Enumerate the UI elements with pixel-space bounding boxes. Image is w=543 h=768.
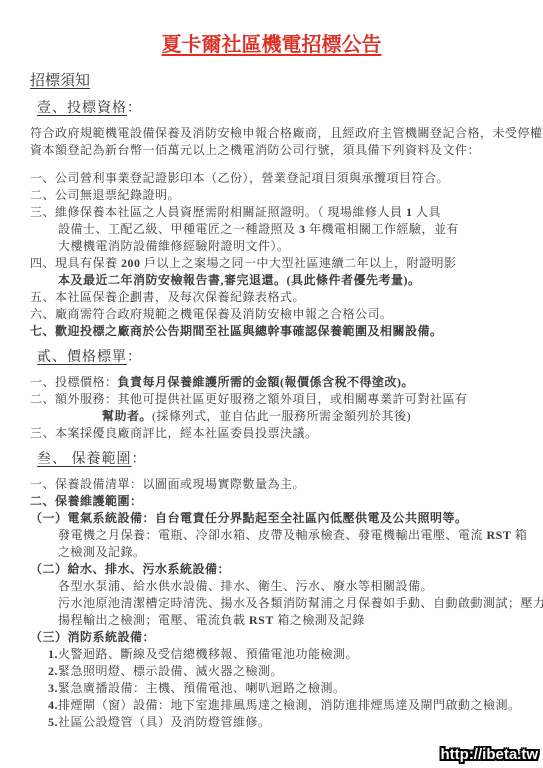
- section-heading-colon: ：: [132, 452, 147, 467]
- document-title-text: 夏卡爾社區機電招標公告: [162, 34, 382, 56]
- text-segment: 發電機之月保養：電瓶、冷卻水箱、皮帶及軸承檢查、發電機輸出電壓、電流: [58, 528, 487, 542]
- text-line: 發電機之月保養：電瓶、冷卻水箱、皮帶及軸承檢查、發電機輸出電壓、電流 RST 箱: [58, 527, 543, 544]
- document-subtitle: 招標須知: [30, 72, 543, 91]
- text-segment: 5.: [48, 715, 58, 729]
- text-segment: 200: [121, 256, 141, 270]
- text-line: 七、歡迎投標之廠商於公告期間至社區與總幹事確認保養範圍及相關設備。: [30, 323, 543, 340]
- text-segment: 各型水泵浦、給水供水設備、排水、衛生、污水、廢水等相關設備。: [58, 579, 433, 593]
- text-line: 符合政府規範機電設備保養及消防安檢申報合格廠商，且經政府主管機關登記合格，未受停…: [30, 125, 543, 142]
- text-segment: 三、維修保養本社區之人員資歷需附相關証照證明。（ 現場維修人員: [30, 205, 406, 219]
- spacer: [30, 159, 543, 170]
- text-segment: 幫助者。: [102, 409, 152, 423]
- text-line: 幫助者。(採條列式，並自估此一服務所需金額列於其後): [102, 408, 543, 425]
- section-heading-colon: ：: [127, 101, 142, 116]
- text-segment: 二、保養維護範圍：: [30, 494, 143, 508]
- text-line: 三、維修保養本社區之人員資歷需附相關証照證明。（ 現場維修人員 1 人具: [30, 204, 543, 221]
- text-line: 二、保養維護範圍：: [30, 493, 543, 510]
- section-heading-text: 壹、投標資格: [37, 101, 127, 116]
- text-segment: 箱之檢測及記錄: [274, 613, 365, 627]
- text-segment: 一、保養設備清單：以圖面或現場實際數量為主。: [30, 477, 305, 491]
- text-line: 本及最近二年消防安檢報告書,審完退還。(具此條件者優先考量)。: [58, 272, 543, 289]
- text-segment: 火警迴路、斷線及受信總機移報、預備電池功能檢測。: [58, 647, 358, 661]
- text-segment: 符合政府規範機電設備保養及消防安檢申報合格廠商，且經政府主管機關登記合格，未受停…: [30, 126, 543, 140]
- text-line: 一、保養設備清單：以圖面或現場實際數量為主。: [30, 476, 543, 493]
- text-segment: 年機電相關工作經驗，並有: [306, 222, 460, 236]
- text-line: 設備士、工配乙級、甲種電匠之一種證照及 3 年機電相關工作經驗，並有: [58, 221, 543, 238]
- text-segment: 緊急照明燈、標示設備、滅火器之檢測。: [58, 664, 283, 678]
- text-line: 六、廠商需符合政府規範之機電保養及消防安檢申報之合格公司。: [30, 306, 543, 323]
- text-segment: 三、本案採優良廠商評比，經本社區委員投票決議。: [30, 426, 318, 440]
- text-line: 污水池原池清潔槽定時清洗、揚水及各類消防幫浦之月保養如手動、自動啟動測試；壓力及: [58, 595, 543, 612]
- text-segment: 二、公司無退票紀錄證明。: [30, 188, 180, 202]
- text-segment: 資本額登記為新台幣一佰萬元以上之機電消防公司行號，須具備下列資料及文件：: [30, 143, 480, 157]
- text-segment: 箱: [511, 528, 527, 542]
- text-segment: 3.: [48, 681, 58, 695]
- text-line: 3.緊急廣播設備：主機、預備電池、喇叭迴路之檢測。: [48, 680, 543, 697]
- text-line: 一、投標價格：負責每月保養維護所需的金額(報價係含稅不得塗改)。: [30, 374, 543, 391]
- text-line: 1.火警迴路、斷線及受信總機移報、預備電池功能檢測。: [48, 646, 543, 663]
- text-segment: （二）給水、排水、污水系統設備：: [30, 562, 230, 576]
- document-subtitle-text: 招標須知: [30, 73, 90, 89]
- text-segment: 五、本社區保養企劃書，及每次保養紀錄表格式。: [30, 290, 305, 304]
- text-line: 一、公司營利事業登記證影印本（乙份），營業登記項目須與承攬項目符合。: [30, 170, 543, 187]
- section-heading-text: 叁、 保養範圍: [37, 452, 132, 467]
- text-segment: 本及最近二年消防安檢報告書,審完退還。(具此條件者優先考量)。: [58, 273, 421, 287]
- watermark: http://ibeta.tw: [441, 746, 539, 763]
- section-heading: 壹、投標資格：: [37, 99, 543, 119]
- text-segment: 戶以上之案場之同一中大型社區連續二年以上，附證明影: [141, 256, 457, 270]
- document-page: 夏卡爾社區機電招標公告 招標須知 壹、投標資格：符合政府規範機電設備保養及消防安…: [0, 0, 543, 768]
- text-line: （三）消防系統設備：: [30, 629, 543, 646]
- section-heading: 貳、價格標單：: [37, 348, 543, 368]
- text-segment: 排煙閘（窗）設備：地下室進排風馬達之檢測，消防進排煙馬達及閘門啟動之檢測。: [58, 698, 521, 712]
- text-segment: 之檢測及記錄。: [58, 545, 146, 559]
- text-segment: 二、額外服務：其他可提供社區更好服務之額外項目，或相關專業許可對社區有: [30, 392, 468, 406]
- text-segment: 揚程輸出之檢測；電壓、電流負載: [58, 613, 249, 627]
- section-heading: 叁、 保養範圍：: [37, 450, 543, 470]
- text-line: 5.社區公設燈管（具）及消防燈管維修。: [48, 714, 543, 731]
- text-line: 三、本案採優良廠商評比，經本社區委員投票決議。: [30, 425, 543, 442]
- text-segment: 緊急廣播設備：主機、預備電池、喇叭迴路之檢測。: [58, 681, 346, 695]
- text-segment: 六、廠商需符合政府規範之機電保養及消防安檢申報之合格公司。: [30, 307, 393, 321]
- text-segment: 1.: [48, 647, 58, 661]
- text-line: 各型水泵浦、給水供水設備、排水、衛生、污水、廢水等相關設備。: [58, 578, 543, 595]
- text-segment: 社區公設燈管（具）及消防燈管維修。: [58, 715, 271, 729]
- text-line: 2.緊急照明燈、標示設備、滅火器之檢測。: [48, 663, 543, 680]
- text-segment: 污水池原池清潔槽定時清洗、揚水及各類消防幫浦之月保養如手動、自動啟動測試；壓力及: [58, 596, 543, 610]
- text-segment: 一、投標價格：: [30, 375, 118, 389]
- text-segment: 七、歡迎投標之廠商於公告期間至社區與總幹事確認保養範圍及相關設備。: [30, 324, 443, 338]
- document-body: 壹、投標資格：符合政府規範機電設備保養及消防安檢申報合格廠商，且經政府主管機關登…: [30, 99, 543, 731]
- text-segment: (採條列式，並自估此一服務所需金額列於其後): [152, 409, 411, 423]
- text-line: 四、現具有保養 200 戶以上之案場之同一中大型社區連續二年以上，附證明影: [30, 255, 543, 272]
- text-segment: RST: [249, 613, 274, 627]
- text-line: 之檢測及記錄。: [58, 544, 543, 561]
- text-segment: 負責每月保養維護所需的金額(報價係含稅不得塗改)。: [118, 375, 415, 389]
- text-line: 揚程輸出之檢測；電壓、電流負載 RST 箱之檢測及記錄: [58, 612, 543, 629]
- text-segment: 2.: [48, 664, 58, 678]
- text-segment: （一）電氣系統設備：自台電責任分界點起至全社區內低壓供電及公共照明等。: [30, 511, 468, 525]
- text-segment: 大樓機電消防設備維修經驗附證明文件）。: [58, 239, 290, 253]
- text-segment: 4.: [48, 698, 58, 712]
- text-segment: 設備士、工配乙級、甲種電匠之一種證照及: [58, 222, 299, 236]
- text-line: 大樓機電消防設備維修經驗附證明文件）。: [58, 238, 543, 255]
- text-line: 4.排煙閘（窗）設備：地下室進排風馬達之檢測，消防進排煙馬達及閘門啟動之檢測。: [48, 697, 543, 714]
- text-segment: 人具: [413, 205, 442, 219]
- text-segment: 四、現具有保養: [30, 256, 121, 270]
- text-line: （二）給水、排水、污水系統設備：: [30, 561, 543, 578]
- text-segment: （三）消防系統設備：: [30, 630, 155, 644]
- text-line: 二、額外服務：其他可提供社區更好服務之額外項目，或相關專業許可對社區有: [30, 391, 543, 408]
- text-segment: 一、公司營利事業登記證影印本（乙份），營業登記項目須與承攬項目符合。: [30, 171, 449, 185]
- document-title: 夏卡爾社區機電招標公告: [0, 0, 543, 57]
- text-line: 五、本社區保養企劃書，及每次保養紀錄表格式。: [30, 289, 543, 306]
- section-heading-text: 貳、價格標單: [37, 350, 127, 365]
- text-line: （一）電氣系統設備：自台電責任分界點起至全社區內低壓供電及公共照明等。: [30, 510, 543, 527]
- text-segment: RST: [487, 528, 512, 542]
- text-line: 資本額登記為新台幣一佰萬元以上之機電消防公司行號，須具備下列資料及文件：: [30, 142, 543, 159]
- section-heading-colon: ：: [127, 350, 142, 365]
- text-line: 二、公司無退票紀錄證明。: [30, 187, 543, 204]
